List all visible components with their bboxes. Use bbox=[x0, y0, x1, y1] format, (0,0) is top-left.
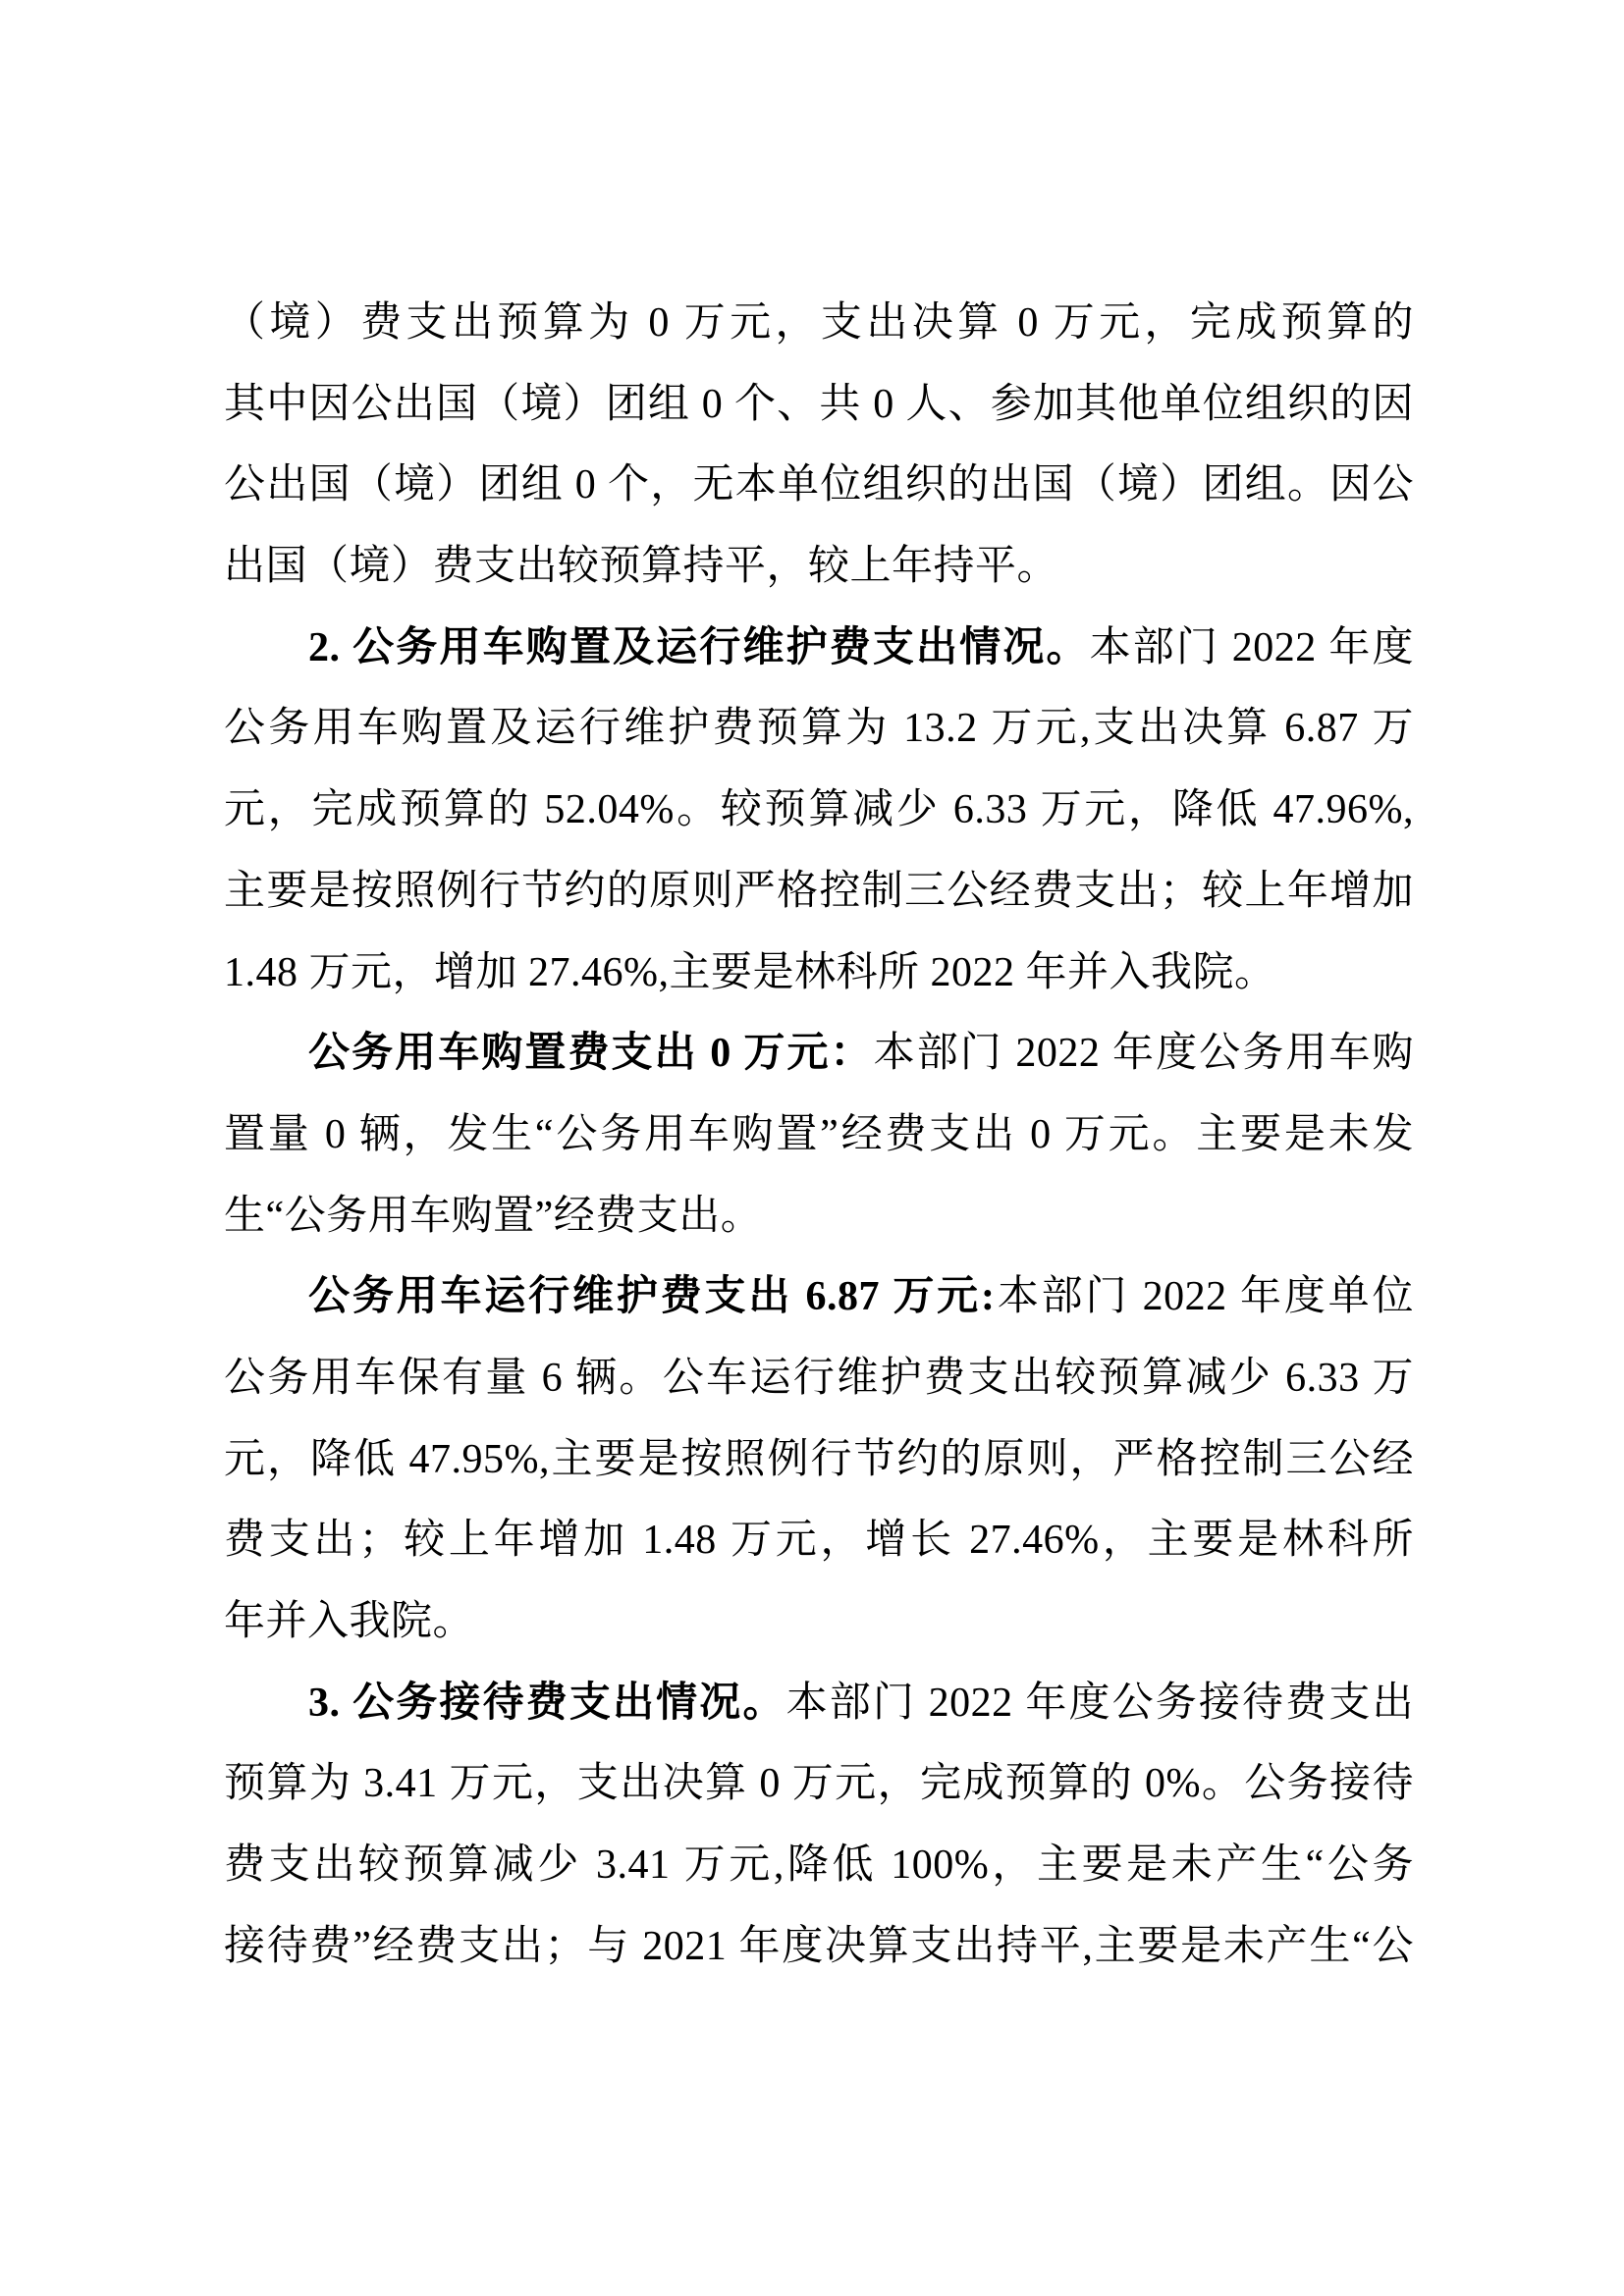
text-line: 公出国（境）团组 0 个，无本单位组织的出国（境）团组。因公 bbox=[224, 445, 1414, 526]
text-line: 主要是按照例行节约的原则严格控制三公经费支出；较上年增加 bbox=[224, 851, 1414, 933]
text-line: 元，完成预算的 52.04%。较预算减少 6.33 万元，降低 47.96%, bbox=[224, 770, 1414, 851]
line-bold: 公务用车运行维护费支出 6.87 万元: bbox=[308, 1274, 995, 1319]
line-text: 费支出较预算减少 3.41 万元,降低 100%，主要是未产生“公务 bbox=[224, 1842, 1414, 1888]
text-block: （境）费支出预算为 0 万元，支出决算 0 万元，完成预算的 0%。 其中因公出… bbox=[224, 283, 1414, 1987]
text-line-section-2-heading: 2. 公务用车购置及运行维护费支出情况。本部门 2022 年度 bbox=[224, 608, 1414, 689]
line-text: 公出国（境）团组 0 个，无本单位组织的出国（境）团组。因公 bbox=[224, 462, 1414, 507]
line-text: 元，完成预算的 52.04%。较预算减少 6.33 万元，降低 47.96%, bbox=[224, 787, 1414, 832]
line-text: 1.48 万元，增加 27.46%,主要是林科所 2022 年并入我院。 bbox=[224, 950, 1276, 995]
text-line: 1.48 万元，增加 27.46%,主要是林科所 2022 年并入我院。 bbox=[224, 933, 1414, 1014]
text-line: 生“公务用车购置”经费支出。 bbox=[224, 1176, 1414, 1257]
line-text: 本部门 2022 年度单位 bbox=[995, 1274, 1414, 1319]
text-line: 接待费”经费支出；与 2021 年度决算支出持平,主要是未产生“公 bbox=[224, 1906, 1414, 1988]
text-line: 年并入我院。 bbox=[224, 1581, 1414, 1663]
line-text: 出国（境）费支出较预算持平，较上年持平。 bbox=[224, 544, 1058, 589]
line-bold: 3. 公务接待费支出情况。 bbox=[308, 1681, 786, 1726]
document-page: （境）费支出预算为 0 万元，支出决算 0 万元，完成预算的 0%。 其中因公出… bbox=[0, 0, 1624, 2296]
text-line-vehicle-maintenance-heading: 公务用车运行维护费支出 6.87 万元:本部门 2022 年度单位 bbox=[224, 1256, 1414, 1338]
text-line: 公务用车保有量 6 辆。公车运行维护费支出较预算减少 6.33 万 bbox=[224, 1338, 1414, 1419]
text-line: 预算为 3.41 万元，支出决算 0 万元，完成预算的 0%。公务接待 bbox=[224, 1743, 1414, 1825]
text-line: 费支出；较上年增加 1.48 万元，增长 27.46%，主要是林科所 2022 bbox=[224, 1500, 1414, 1581]
text-line-section-3-heading: 3. 公务接待费支出情况。本部门 2022 年度公务接待费支出 bbox=[224, 1663, 1414, 1744]
line-text: 年并入我院。 bbox=[224, 1599, 474, 1644]
text-line: 其中因公出国（境）团组 0 个、共 0 人、参加其他单位组织的因 bbox=[224, 364, 1414, 446]
line-text: 公务用车保有量 6 辆。公车运行维护费支出较预算减少 6.33 万 bbox=[224, 1356, 1414, 1401]
line-bold: 公务用车购置费支出 0 万元： bbox=[308, 1031, 874, 1076]
line-text: 置量 0 辆，发生“公务用车购置”经费支出 0 万元。主要是未发 bbox=[224, 1112, 1414, 1157]
text-line: （境）费支出预算为 0 万元，支出决算 0 万元，完成预算的 0%。 bbox=[224, 283, 1414, 364]
line-text: 主要是按照例行节约的原则严格控制三公经费支出；较上年增加 bbox=[224, 869, 1414, 914]
text-line-vehicle-purchase-heading: 公务用车购置费支出 0 万元：本部门 2022 年度公务用车购 bbox=[224, 1013, 1414, 1095]
text-line: 元，降低 47.95%,主要是按照例行节约的原则，严格控制三公经 bbox=[224, 1419, 1414, 1501]
line-text: 接待费”经费支出；与 2021 年度决算支出持平,主要是未产生“公 bbox=[224, 1924, 1414, 1969]
line-text: 本部门 2022 年度 bbox=[1090, 625, 1414, 670]
text-line: 置量 0 辆，发生“公务用车购置”经费支出 0 万元。主要是未发 bbox=[224, 1095, 1414, 1176]
line-text: 其中因公出国（境）团组 0 个、共 0 人、参加其他单位组织的因 bbox=[224, 382, 1414, 427]
line-text: 元，降低 47.95%,主要是按照例行节约的原则，严格控制三公经 bbox=[224, 1437, 1414, 1482]
text-line: 费支出较预算减少 3.41 万元,降低 100%，主要是未产生“公务 bbox=[224, 1825, 1414, 1906]
line-text: 公务用车购置及运行维护费预算为 13.2 万元,支出决算 6.87 万 bbox=[224, 706, 1414, 751]
line-text: 费支出；较上年增加 1.48 万元，增长 27.46%，主要是林科所 2022 bbox=[224, 1518, 1414, 1581]
line-text: （境）费支出预算为 0 万元，支出决算 0 万元，完成预算的 0%。 bbox=[224, 300, 1414, 364]
line-text: 生“公务用车购置”经费支出。 bbox=[224, 1194, 762, 1239]
line-text: 预算为 3.41 万元，支出决算 0 万元，完成预算的 0%。公务接待 bbox=[224, 1761, 1414, 1806]
text-line: 公务用车购置及运行维护费预算为 13.2 万元,支出决算 6.87 万 bbox=[224, 688, 1414, 770]
text-line: 出国（境）费支出较预算持平，较上年持平。 bbox=[224, 526, 1414, 608]
line-bold: 2. 公务用车购置及运行维护费支出情况。 bbox=[308, 625, 1090, 670]
line-text: 本部门 2022 年度公务用车购 bbox=[874, 1031, 1414, 1076]
line-text: 本部门 2022 年度公务接待费支出 bbox=[786, 1681, 1414, 1726]
